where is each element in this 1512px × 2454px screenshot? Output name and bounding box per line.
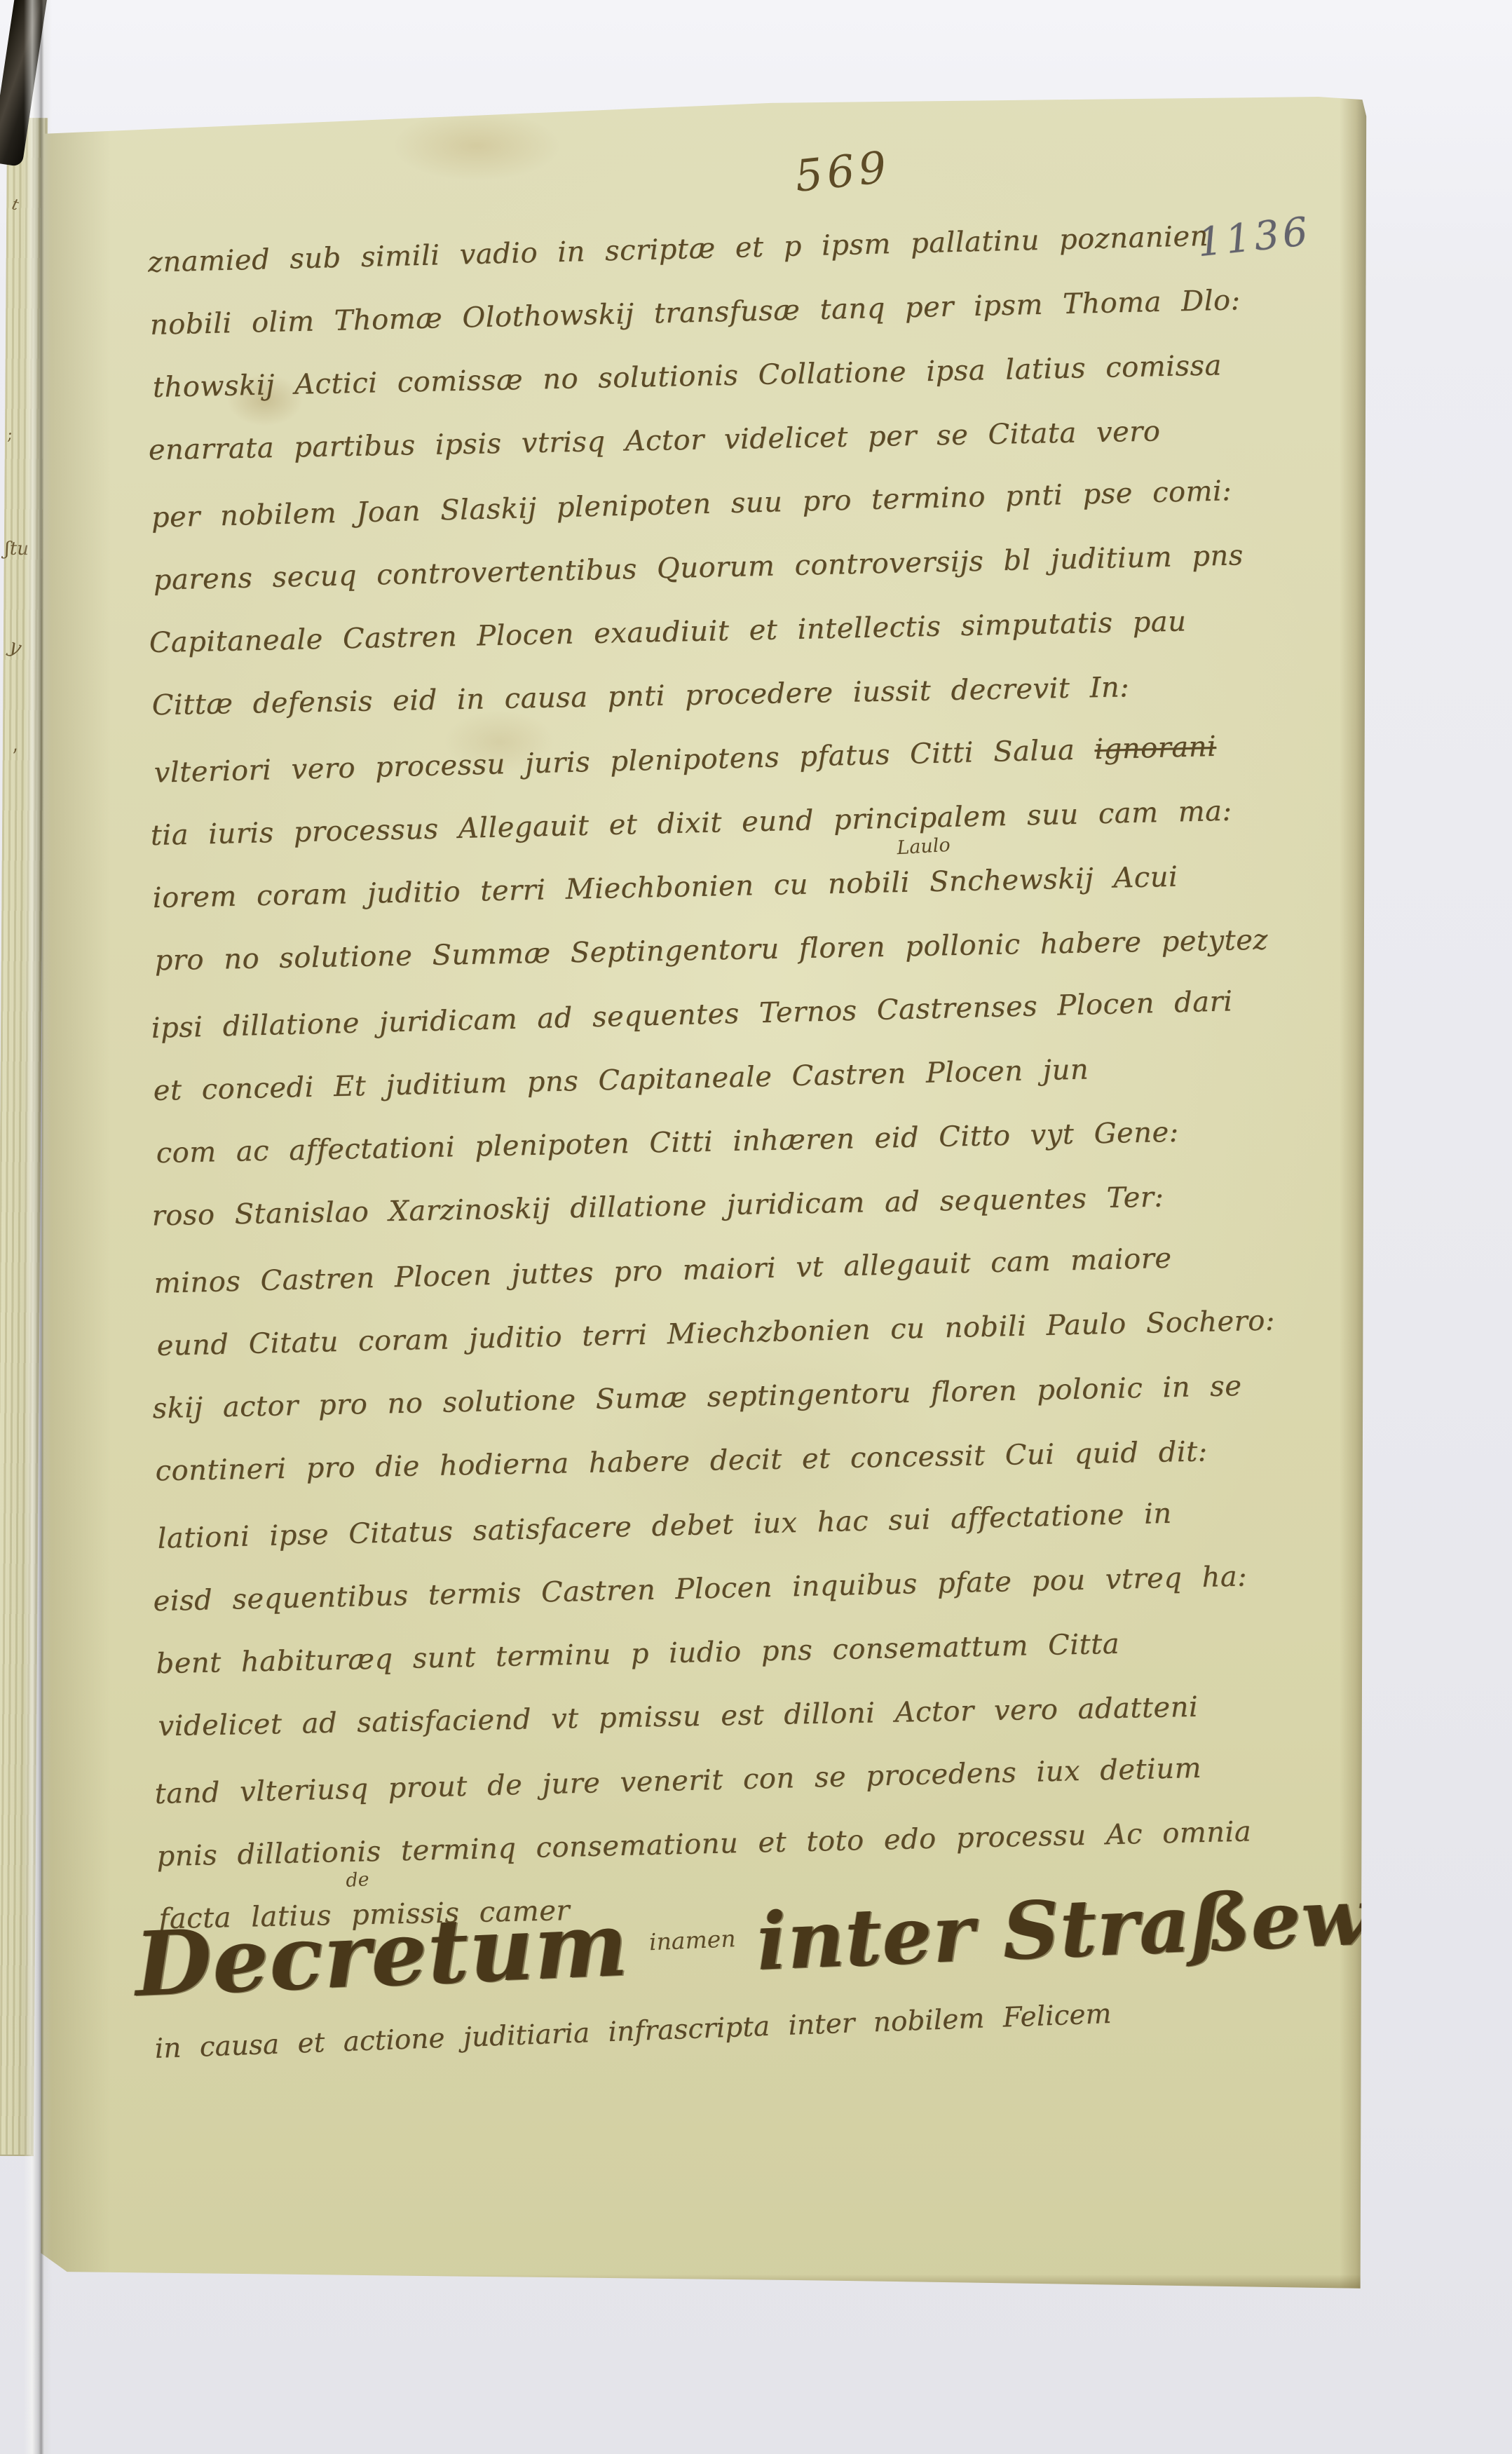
heading-word-inter-strassewskie: inter Straßewskie <box>755 1863 1512 1988</box>
heading-word-decretum: Decretum <box>133 1892 630 2016</box>
interlinear-insertion: de <box>346 1869 370 1892</box>
page-bottom-edge <box>34 2275 1369 2293</box>
edge-ink-mark: t <box>10 196 20 214</box>
paper-stain <box>393 111 561 181</box>
edge-ink-mark: , <box>8 734 19 756</box>
page-top-edge <box>34 90 1369 96</box>
glass-edge-reflection <box>24 0 52 2454</box>
interlinear-insertion: Laulo <box>897 834 951 859</box>
folio-number: 569 <box>793 141 893 202</box>
edge-ink-mark: y <box>6 634 25 659</box>
manuscript-page: 569 1136 znamied sub simili vadio in scr… <box>34 90 1369 2293</box>
heading-inserted-word: inamen <box>648 1925 736 1955</box>
manuscript-text-block: znamied sub simili vadio in scriptæ et p… <box>147 205 1383 1954</box>
struck-word: ignorani <box>1094 731 1217 766</box>
edge-ink-mark: ; <box>6 426 13 444</box>
photograph-background: { "photo": { "background_color": "#e9e9e… <box>0 0 1512 2454</box>
